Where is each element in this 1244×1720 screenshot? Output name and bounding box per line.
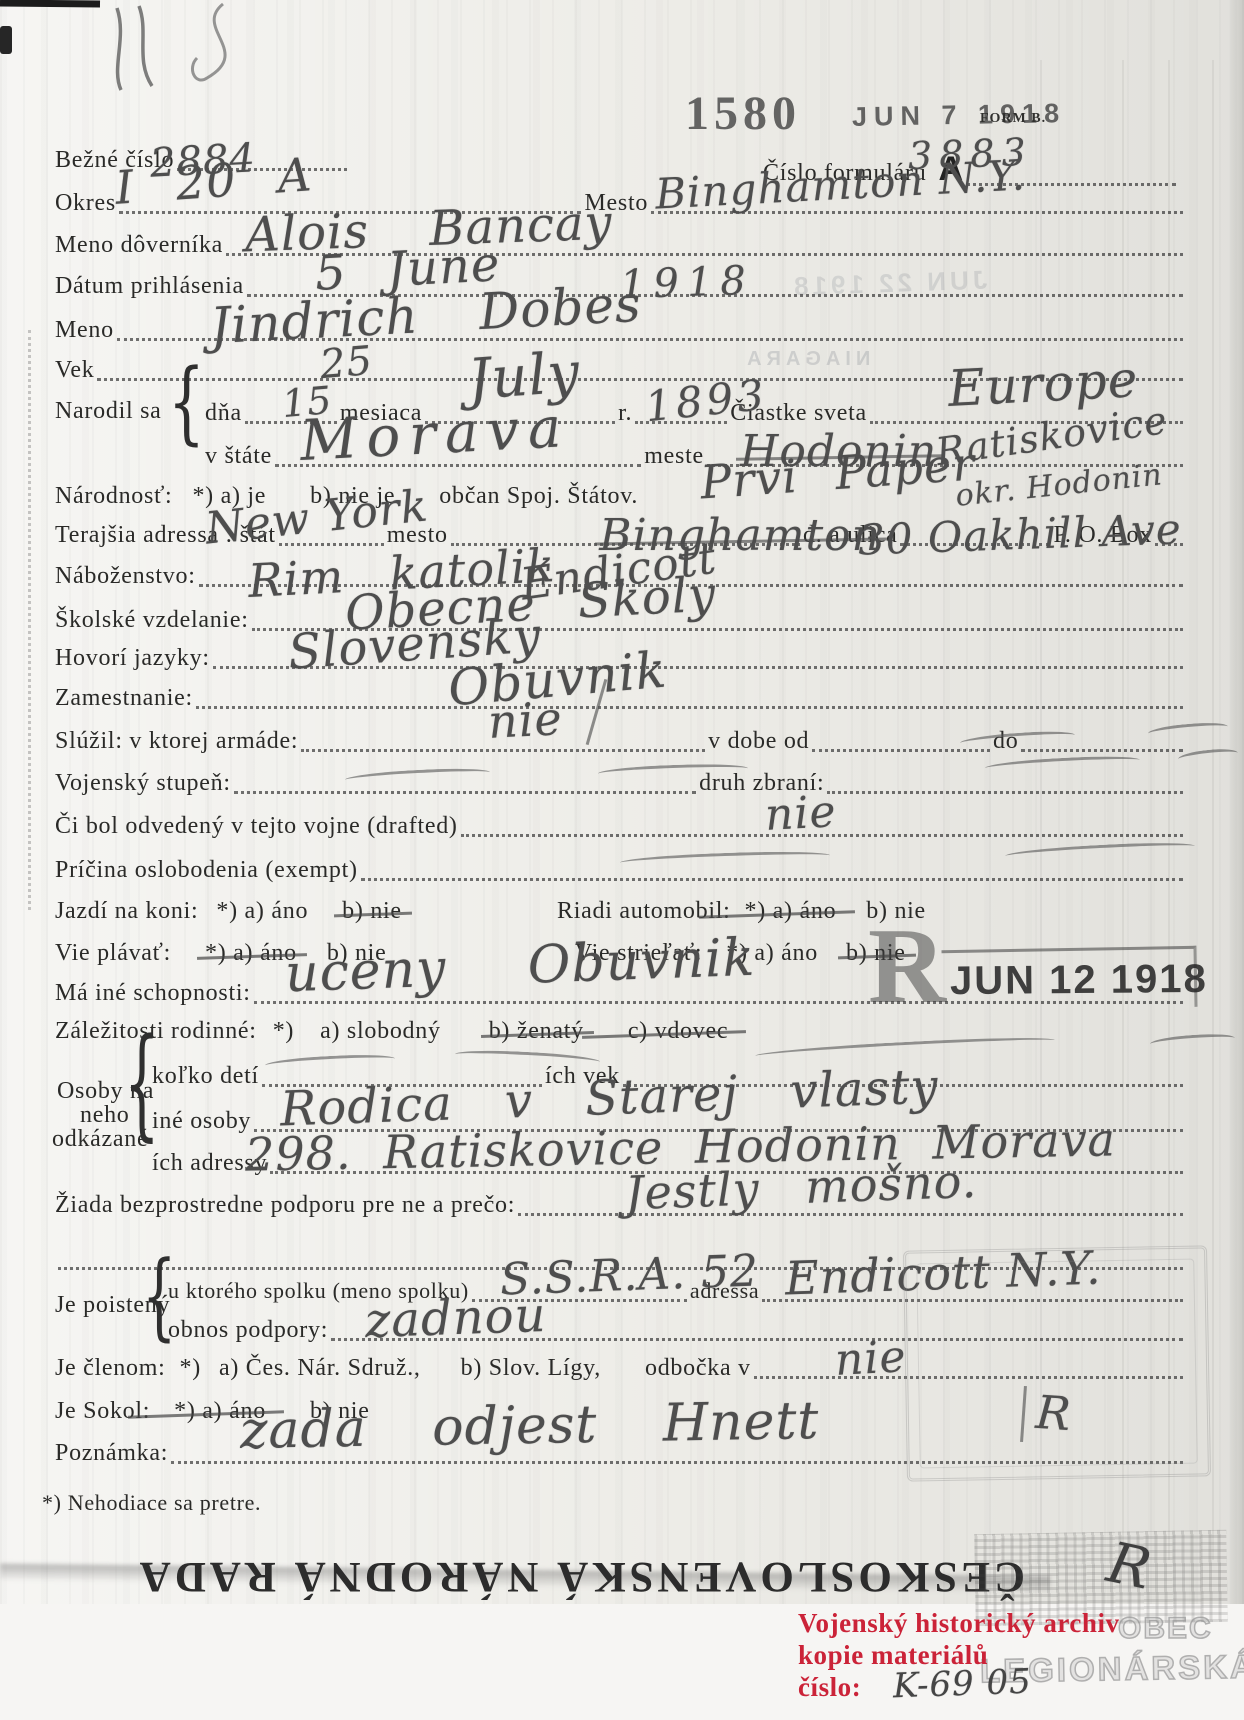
right-edge-shadow (1228, 0, 1244, 1604)
field-label: obnos podpory: (168, 1317, 328, 1344)
field-label: koľko detí (152, 1063, 259, 1090)
field-label: Okres (55, 190, 116, 217)
scan-streak (1212, 60, 1214, 1560)
pencil-r-mark: R (1034, 1385, 1073, 1441)
field-odvedeny: Či bol odvedený v tejto vojne (drafted) (55, 813, 1186, 840)
scan-edge-blot (0, 26, 12, 54)
dotted-line (361, 875, 1183, 881)
field-label: meste (644, 443, 704, 470)
handwritten-archive-number: K-69 05 (892, 1662, 1032, 1707)
field-label: Je Sokol: (55, 1398, 150, 1425)
option-slobodny: a) slobodný (320, 1018, 441, 1045)
field-label: Zamestnanie: (55, 685, 193, 712)
field-label: r. (618, 400, 632, 427)
form-code-label: FORM B. (980, 111, 1046, 127)
dotted-line (827, 788, 1183, 794)
field-label: dňa (205, 400, 242, 427)
field-label: v dobe od (708, 728, 809, 755)
field-label: Riadi automobil: (557, 898, 731, 925)
dotted-line (1021, 746, 1183, 752)
field-label: Príčina oslobodenia (exempt) (55, 857, 358, 884)
option-slov-ligy: b) Slov. Lígy, (461, 1355, 601, 1382)
field-label: Slúžil: v ktorej armáde: (55, 728, 298, 755)
field-label: Vek (55, 357, 94, 384)
field-label: Meno dôverníka (55, 232, 223, 259)
handwritten-odvedeny-nie: nie (764, 786, 838, 841)
brace-glyph: { (168, 349, 205, 454)
field-jazdi-riadi: Jazdí na koni: *) a) áno b) nie Riadi au… (55, 898, 1186, 925)
handwritten-poznamka: zada odjest Hnett (240, 1391, 820, 1461)
field-label: Národnosť: (55, 483, 172, 510)
field-label: Hovorí jazyky: (55, 645, 210, 672)
field-label: Žiada bezprostredne podporu pre ne a pre… (55, 1192, 515, 1219)
field-label: Či bol odvedený v tejto vojne (drafted) (55, 813, 458, 840)
serial-number-stamp: 1580 (685, 86, 801, 141)
received-date-stamp: JUN 12 1918 (950, 957, 1208, 1004)
archive-stamp-line1: Vojenský historický archiv (798, 1608, 1120, 1639)
field-label: odbočka v (645, 1355, 751, 1382)
scanned-form-page: 1580 JUN 7 1918 FORM B. JUN 22 1918 NIAG… (0, 0, 1244, 1720)
handwritten-obnos: zadnou (364, 1287, 547, 1349)
field-label: Školské vzdelanie: (55, 607, 249, 634)
watermark-obec: OBEC (1118, 1612, 1213, 1646)
field-label: Meno (55, 317, 114, 344)
field-label: iné osoby (152, 1108, 251, 1135)
field-label-narodil-sa: Narodil sa (55, 398, 162, 425)
field-label: občan Spoj. Štátov. (439, 483, 638, 510)
scan-edge-mark (0, 0, 100, 8)
field-label: Jazdí na koni: (55, 898, 198, 925)
perforation-line (28, 330, 31, 910)
field-label-osoby: neho (80, 1102, 130, 1129)
handwritten-sluzil-nie: nie (487, 691, 564, 749)
received-r-stamp: R (868, 905, 946, 1029)
pen-scribble (95, 0, 305, 95)
option-ano: *) a) áno (216, 898, 308, 925)
asterisk: *) (180, 1355, 201, 1382)
field-label: Má iné schopnosti: (55, 980, 251, 1007)
watermark-frame (903, 1245, 1211, 1481)
archive-stamp-line3: číslo: (798, 1672, 861, 1703)
dotted-line (812, 746, 990, 752)
option-ano-struck: *) a) áno (205, 940, 297, 967)
field-label: v štáte (205, 443, 272, 470)
option-nie-struck: b) nie (342, 898, 402, 925)
option-vdovec-struck: c) vdovec (628, 1018, 728, 1045)
field-label: Náboženstvo: (55, 563, 196, 590)
dotted-line (234, 788, 696, 794)
option-ces-nar-sdruz: a) Čes. Nár. Sdruž., (219, 1355, 421, 1382)
field-meno-dovernika: Meno dôverníka (55, 232, 1186, 259)
field-label: Poznámka: (55, 1440, 168, 1467)
handwritten-clenom-nie: nie (834, 1331, 908, 1386)
asterisk: *) (273, 1018, 294, 1045)
footnote: *) Nehodiace sa pretre. (42, 1490, 261, 1516)
field-label: Je členom: (55, 1355, 166, 1382)
option-zenaty-struck: b) ženatý (489, 1018, 584, 1045)
field-label: Vojenský stupeň: (55, 770, 231, 797)
field-label: Vie plávať: (55, 940, 171, 967)
dotted-line (196, 703, 1183, 709)
flipped-title-clip: ČESKOSLOVENSKÁ NÁRODNÁ RADA (85, 1556, 1025, 1612)
flipped-back-title: ČESKOSLOVENSKÁ NÁRODNÁ RADA (85, 1556, 1025, 1601)
option-ano-struck: *) a) áno (745, 898, 837, 925)
field-podpora: Žiada bezprostredne podporu pre ne a pre… (55, 1192, 1186, 1219)
